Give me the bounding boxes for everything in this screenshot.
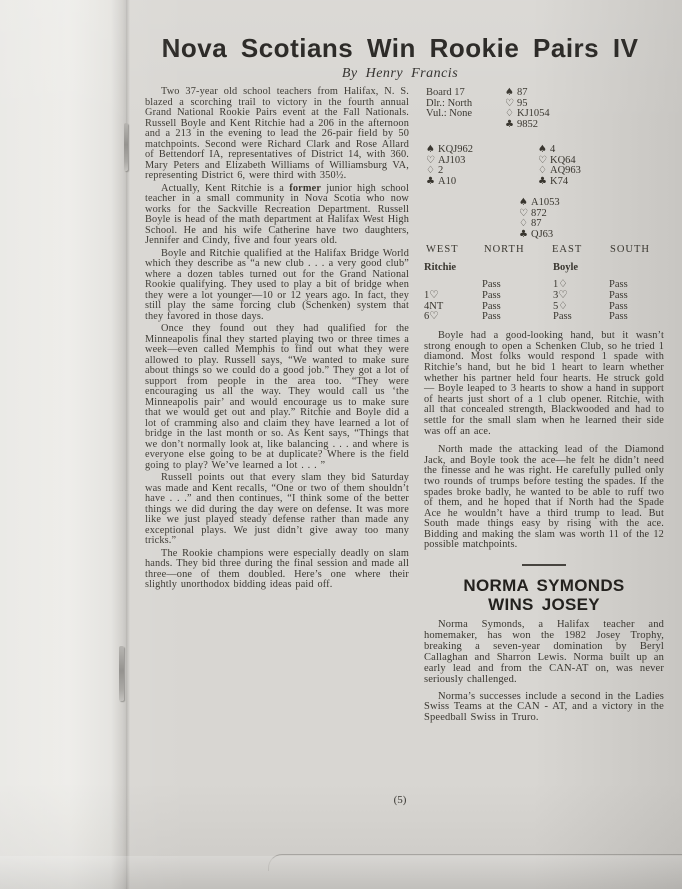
article-paragraph: Boyle and Ritchie qualified at the Halif… [145,249,409,323]
page-bottom-shadow [0,856,682,889]
west-player-name: Ritchie [424,262,482,273]
article-title: Nova Scotians Win Rookie Pairs IV [130,33,670,64]
page-number: (5) [130,794,670,806]
left-column: Two 37-year old school teachers from Hal… [145,87,409,593]
club-icon: ♣ [519,230,531,241]
deal-diagram: Board 17 Dlr.: North Vul.: None ♠87 ♡95 … [424,88,664,238]
norma-paragraph: Norma Symonds, a Halifax teacher and hom… [424,620,664,685]
bidding-table: WEST NORTH EAST SOUTH Ritchie Boyle Pass… [424,244,664,323]
paragraph-text: junior high school teacher in a small co… [145,183,409,247]
staple-icon-bottom [119,646,124,701]
seat-header-east: EAST [550,244,608,256]
bid-cell: 6♡ [424,312,482,323]
spade-cards: 4 [550,144,555,155]
right-column: Board 17 Dlr.: North Vul.: None ♠87 ♡95 … [424,88,664,724]
norma-heading-line2: WINS JOSEY [424,595,664,614]
player-names-row: Ritchie Boyle [424,262,664,273]
section-divider [522,564,566,566]
staple-icon-top [124,123,128,171]
club-cards: A10 [438,176,456,187]
bid-cell: Pass [608,291,664,302]
west-hand: ♠KQJ962 ♡AJ103 ♢2 ♣A10 [426,145,473,188]
east-player-name: Boyle [550,262,608,273]
club-icon: ♣ [505,120,517,131]
bidding-row: 1♡ Pass 3♡ Pass [424,291,664,302]
article-paragraph: Russell points out that every slam they … [145,473,409,547]
facing-page-edge [0,0,126,889]
article-byline: By Henry Francis [130,66,670,82]
bid-cell: 1♡ [424,291,482,302]
bold-word: former [289,183,321,194]
analysis-paragraph: Boyle had a good-looking hand, but it wa… [424,331,664,437]
vulnerability-label: Vul.: None [426,109,472,120]
article-paragraph: Once they found out they had qualified f… [145,324,409,471]
east-hand: ♠4 ♡KQ64 ♢AQ963 ♣K74 [538,145,581,188]
bid-cell: Pass [608,312,664,323]
diamond-cards: 87 [531,218,542,229]
diamond-cards: 2 [438,165,443,176]
paragraph-text: Actually, Kent Ritchie is a [161,183,289,194]
deal-info: Board 17 Dlr.: North Vul.: None [426,88,472,120]
analysis-paragraph: North made the attacking lead of the Dia… [424,445,664,551]
seat-header-north: NORTH [482,244,550,256]
bid-cell: 3♡ [550,291,608,302]
norma-heading: NORMA SYMONDS WINS JOSEY [424,576,664,614]
heart-cards: AJ103 [438,155,465,166]
norma-article: Norma Symonds, a Halifax teacher and hom… [424,620,664,724]
article-paragraph: Two 37-year old school teachers from Hal… [145,87,409,182]
club-cards: QJ63 [531,229,553,240]
bid-cell: Pass [550,312,608,323]
diamond-cards: KJ1054 [517,108,550,119]
empty-cell [608,262,664,273]
hand-row: ♣9852 [505,120,550,131]
spade-cards: 87 [517,87,528,98]
bidding-row: 4NT Pass 5♢ Pass [424,302,664,313]
hand-row: ♣K74 [538,177,581,188]
heart-cards: 95 [517,98,528,109]
scanned-magazine-page: Nova Scotians Win Rookie Pairs IV By Hen… [0,0,682,889]
hand-row: ♣A10 [426,177,473,188]
spade-cards: KQJ962 [438,144,473,155]
hand-row: ♣QJ63 [519,230,560,241]
club-cards: 9852 [517,119,538,130]
bid-cell: Pass [482,291,550,302]
bidding-row: Pass 1♢ Pass [424,280,664,291]
heart-cards: 872 [531,208,547,219]
norma-paragraph: Norma’s successes include a second in th… [424,692,664,725]
heart-cards: KQ64 [550,155,576,166]
article-paragraph: The Rookie champions were especially dea… [145,549,409,591]
north-hand: ♠87 ♡95 ♢KJ1054 ♣9852 [505,88,550,131]
empty-cell [482,262,550,273]
club-cards: K74 [550,176,568,187]
bidding-header-row: WEST NORTH EAST SOUTH [424,244,664,256]
club-icon: ♣ [426,177,438,188]
diamond-cards: AQ963 [550,165,581,176]
south-hand: ♠A1053 ♡872 ♢87 ♣QJ63 [519,198,560,241]
spade-cards: A1053 [531,197,560,208]
article-paragraph: Actually, Kent Ritchie is a former junio… [145,184,409,247]
seat-header-south: SOUTH [608,244,664,256]
hand-analysis: Boyle had a good-looking hand, but it wa… [424,331,664,551]
norma-heading-line1: NORMA SYMONDS [424,576,664,595]
bidding-row: 6♡ Pass Pass Pass [424,312,664,323]
seat-header-west: WEST [424,244,482,256]
bid-cell: Pass [482,312,550,323]
club-icon: ♣ [538,177,550,188]
